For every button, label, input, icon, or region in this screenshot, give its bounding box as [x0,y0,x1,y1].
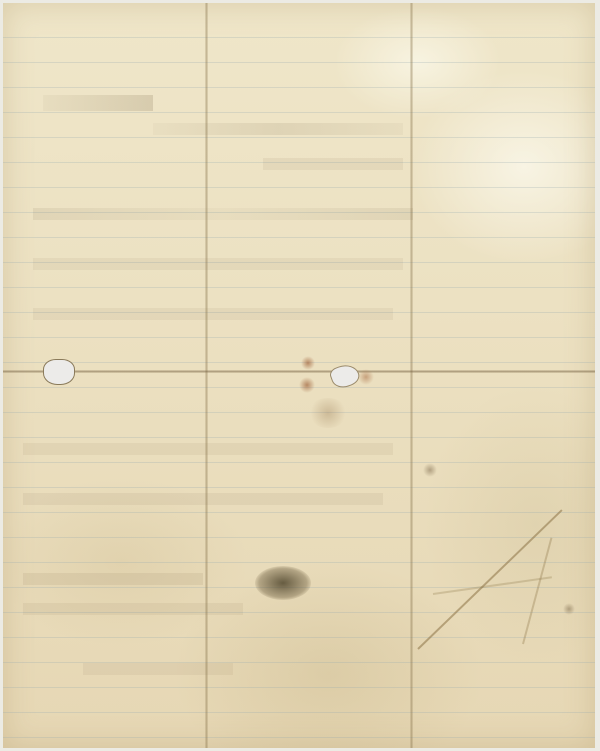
paper-hole [43,359,75,385]
bleed-through-ink [33,208,413,220]
stain [308,398,348,428]
vertical-fold [410,3,413,748]
bleed-through-ink [33,308,393,320]
bleed-through-ink [43,95,153,111]
ruled-lines [3,3,595,748]
letter-page [3,3,595,748]
vertical-fold [205,3,208,748]
dark-stain [255,566,311,600]
bleed-through-ink [153,123,403,135]
bleed-through-ink [23,493,383,505]
bleed-through-ink [33,258,403,270]
horizontal-fold [3,370,595,373]
bleed-through-ink [83,663,233,675]
bleed-through-ink [23,573,203,585]
rust-spot [301,356,315,370]
stain [423,463,437,477]
bleed-through-ink [263,158,403,170]
bleed-through-ink [23,443,393,455]
rust-spot [358,369,374,385]
rust-spot [299,377,315,393]
bleed-through-ink [23,603,243,615]
stain [563,603,575,615]
